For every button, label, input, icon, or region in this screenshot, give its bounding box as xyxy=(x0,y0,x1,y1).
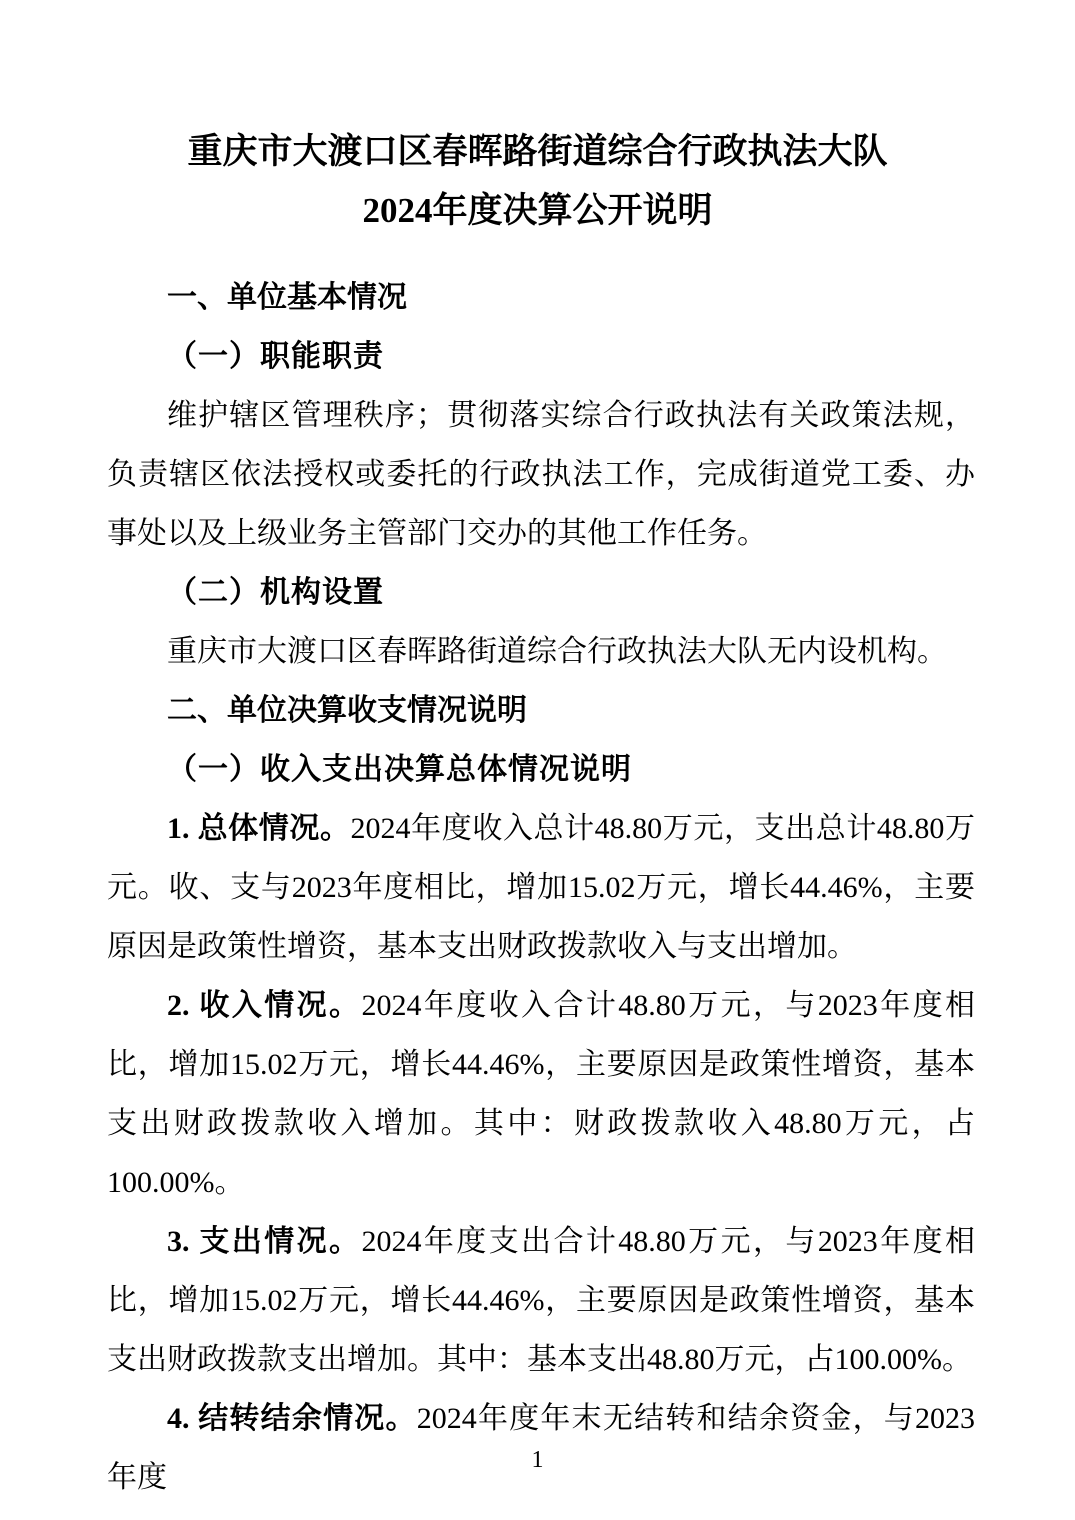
paragraph-expense-situation: 3. 支出情况。2024年度支出合计48.80万元，与2023年度相比，增加15… xyxy=(107,1212,975,1389)
paragraph-income-situation: 2. 收入情况。2024年度收入合计48.80万元，与2023年度相比，增加15… xyxy=(107,976,975,1212)
document-page: 重庆市大渡口区春晖路街道综合行政执法大队 2024年度决算公开说明 一、单位基本… xyxy=(0,0,1075,1520)
paragraph-overall-situation: 1. 总体情况。2024年度收入总计48.80万元，支出总计48.80万元。收、… xyxy=(107,799,975,976)
document-body: 一、单位基本情况 （一）职能职责 维护辖区管理秩序；贯彻落实综合行政执法有关政策… xyxy=(107,268,975,1507)
paragraph-expense-situation-lead: 3. 支出情况。 xyxy=(167,1225,361,1258)
section-heading-unit-basic-info: 一、单位基本情况 xyxy=(107,268,975,327)
subsection-heading-organization: （二）机构设置 xyxy=(107,563,975,622)
paragraph-income-situation-lead: 2. 收入情况。 xyxy=(167,989,361,1022)
paragraph-carryover-situation-lead: 4. 结转结余情况。 xyxy=(167,1402,417,1435)
subsection-heading-income-expense-overview: （一）收入支出决算总体情况说明 xyxy=(107,740,975,799)
subsection-heading-duties: （一）职能职责 xyxy=(107,327,975,386)
section-heading-budget-explanation: 二、单位决算收支情况说明 xyxy=(107,681,975,740)
paragraph-overall-situation-lead: 1. 总体情况。 xyxy=(167,812,351,845)
document-title-line1: 重庆市大渡口区春晖路街道综合行政执法大队 xyxy=(0,122,1075,181)
document-title: 重庆市大渡口区春晖路街道综合行政执法大队 2024年度决算公开说明 xyxy=(0,0,1075,240)
paragraph-duties: 维护辖区管理秩序；贯彻落实综合行政执法有关政策法规，负责辖区依法授权或委托的行政… xyxy=(107,386,975,563)
page-number: 1 xyxy=(0,1446,1075,1474)
paragraph-organization: 重庆市大渡口区春晖路街道综合行政执法大队无内设机构。 xyxy=(107,622,975,681)
document-title-line2: 2024年度决算公开说明 xyxy=(0,181,1075,240)
